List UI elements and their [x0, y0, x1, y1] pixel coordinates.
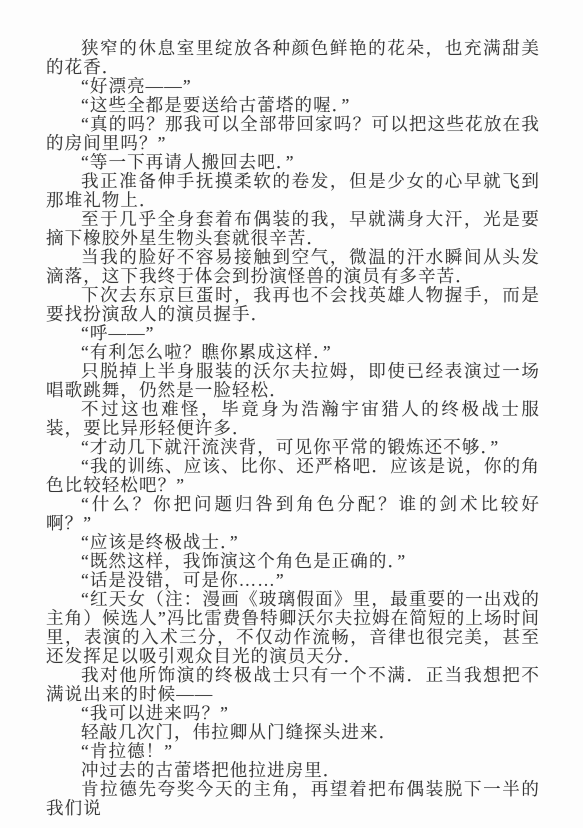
paragraph-14: “才动几下就汗流浃背，可见你平常的锻炼还不够．” [46, 438, 540, 457]
paragraph-20: “红天女（注：漫画《玻璃假面》里，最重要的一出戏的主角）候选人”冯比雷费鲁特卿沃… [46, 590, 540, 666]
paragraph-15: “我的训练、应该、比你、还严格吧．应该是说，你的角色比较轻松吧？” [46, 457, 540, 495]
paragraph-02: “好漂亮——” [46, 77, 540, 96]
paragraph-23: 轻敲几次门，伟拉卿从门缝探头进来． [46, 723, 540, 742]
paragraph-01: 狭窄的休息室里绽放各种颜色鲜艳的花朵，也充满甜美的花香． [46, 39, 540, 77]
paragraph-08: 当我的脸好不容易接触到空气，微温的汗水瞬间从头发滴落，这下我终于体会到扮演怪兽的… [46, 248, 540, 286]
novel-page: 狭窄的休息室里绽放各种颜色鲜艳的花朵，也充满甜美的花香． “好漂亮——” “这些… [0, 0, 583, 828]
paragraph-25: 冲过去的古蕾塔把他拉进房里． [46, 761, 540, 780]
paragraph-13: 不过这也难怪，毕竟身为浩瀚宇宙猎人的终极战士服装，要比异形轻便许多． [46, 400, 540, 438]
paragraph-07: 至于几乎全身套着布偶装的我，早就满身大汗，光是要摘下橡胶外星生物头套就很辛苦． [46, 210, 540, 248]
paragraph-22: “我可以进来吗？” [46, 704, 540, 723]
paragraph-16: “什么？你把问题归咎到角色分配？谁的剑术比较好啊？” [46, 495, 540, 533]
text-block: 狭窄的休息室里绽放各种颜色鲜艳的花朵，也充满甜美的花香． “好漂亮——” “这些… [46, 39, 540, 818]
paragraph-26: 肯拉德先夸奖今天的主角，再望着把布偶装脱下一半的我们说 [46, 780, 540, 818]
paragraph-04: “真的吗？那我可以全部带回家吗？可以把这些花放在我的房间里吗？” [46, 115, 540, 153]
paragraph-03: “这些全都是要送给古蕾塔的喔．” [46, 96, 540, 115]
paragraph-18: “既然这样，我饰演这个角色是正确的．” [46, 552, 540, 571]
paragraph-21: 我对他所饰演的终极战士只有一个不满．正当我想把不满说出来的时候—— [46, 666, 540, 704]
paragraph-10: “呼——” [46, 324, 540, 343]
paragraph-19: “话是没错，可是你……” [46, 571, 540, 590]
paragraph-05: “等一下再请人搬回去吧．” [46, 153, 540, 172]
paragraph-17: “应该是终极战士．” [46, 533, 540, 552]
paragraph-09: 下次去东京巨蛋时，我再也不会找英雄人物握手，而是要找扮演敌人的演员握手． [46, 286, 540, 324]
paragraph-11: “有利怎么啦？瞧你累成这样．” [46, 343, 540, 362]
paragraph-12: 只脱掉上半身服装的沃尔夫拉姆，即使已经表演过一场唱歌跳舞，仍然是一脸轻松． [46, 362, 540, 400]
paragraph-24: “肯拉德！” [46, 742, 540, 761]
paragraph-06: 我正准备伸手抚摸柔软的卷发，但是少女的心早就飞到那堆礼物上． [46, 172, 540, 210]
